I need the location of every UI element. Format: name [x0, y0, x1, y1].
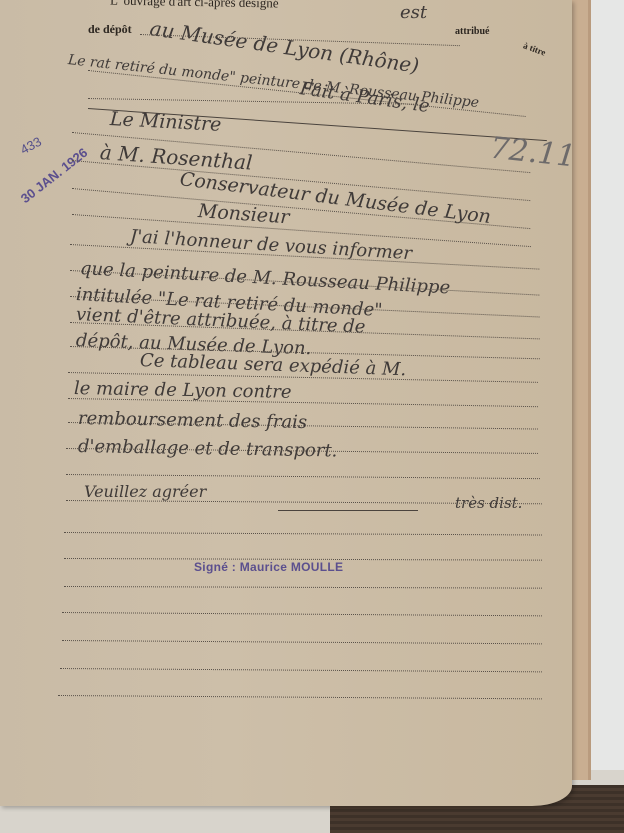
printed-depot-label: de dépôt: [88, 22, 132, 37]
closing-left: Veuillez agréer: [84, 482, 206, 501]
sender-line: Le Ministre: [109, 108, 221, 136]
closing-dash: [278, 510, 418, 511]
rule-line: [60, 668, 542, 672]
rule-line: [58, 695, 542, 699]
rule-line: [68, 398, 538, 407]
printed-attribue-label: attribué: [455, 26, 489, 37]
rule-line: [64, 586, 542, 589]
rule-line: [62, 640, 542, 644]
header-fill-est: est: [400, 2, 427, 23]
rule-line: [64, 532, 542, 536]
body-line-1: J'ai l'honneur de vous informer: [129, 226, 412, 264]
body-line-8: remboursement des frais: [78, 408, 308, 433]
printed-header-fragment: L' ouvrage d'art ci-après désigné: [110, 0, 279, 11]
rule-line: [62, 612, 542, 616]
signature-stamp: Signé : Maurice MOULLE: [194, 560, 343, 574]
pencil-annotation: 72.11: [488, 131, 577, 175]
registry-number: 433: [18, 134, 44, 157]
printed-titre-label: à titre: [522, 40, 547, 57]
document-page: L' ouvrage d'art ci-après désigné de dép…: [0, 0, 572, 806]
rule-line: [66, 474, 540, 479]
